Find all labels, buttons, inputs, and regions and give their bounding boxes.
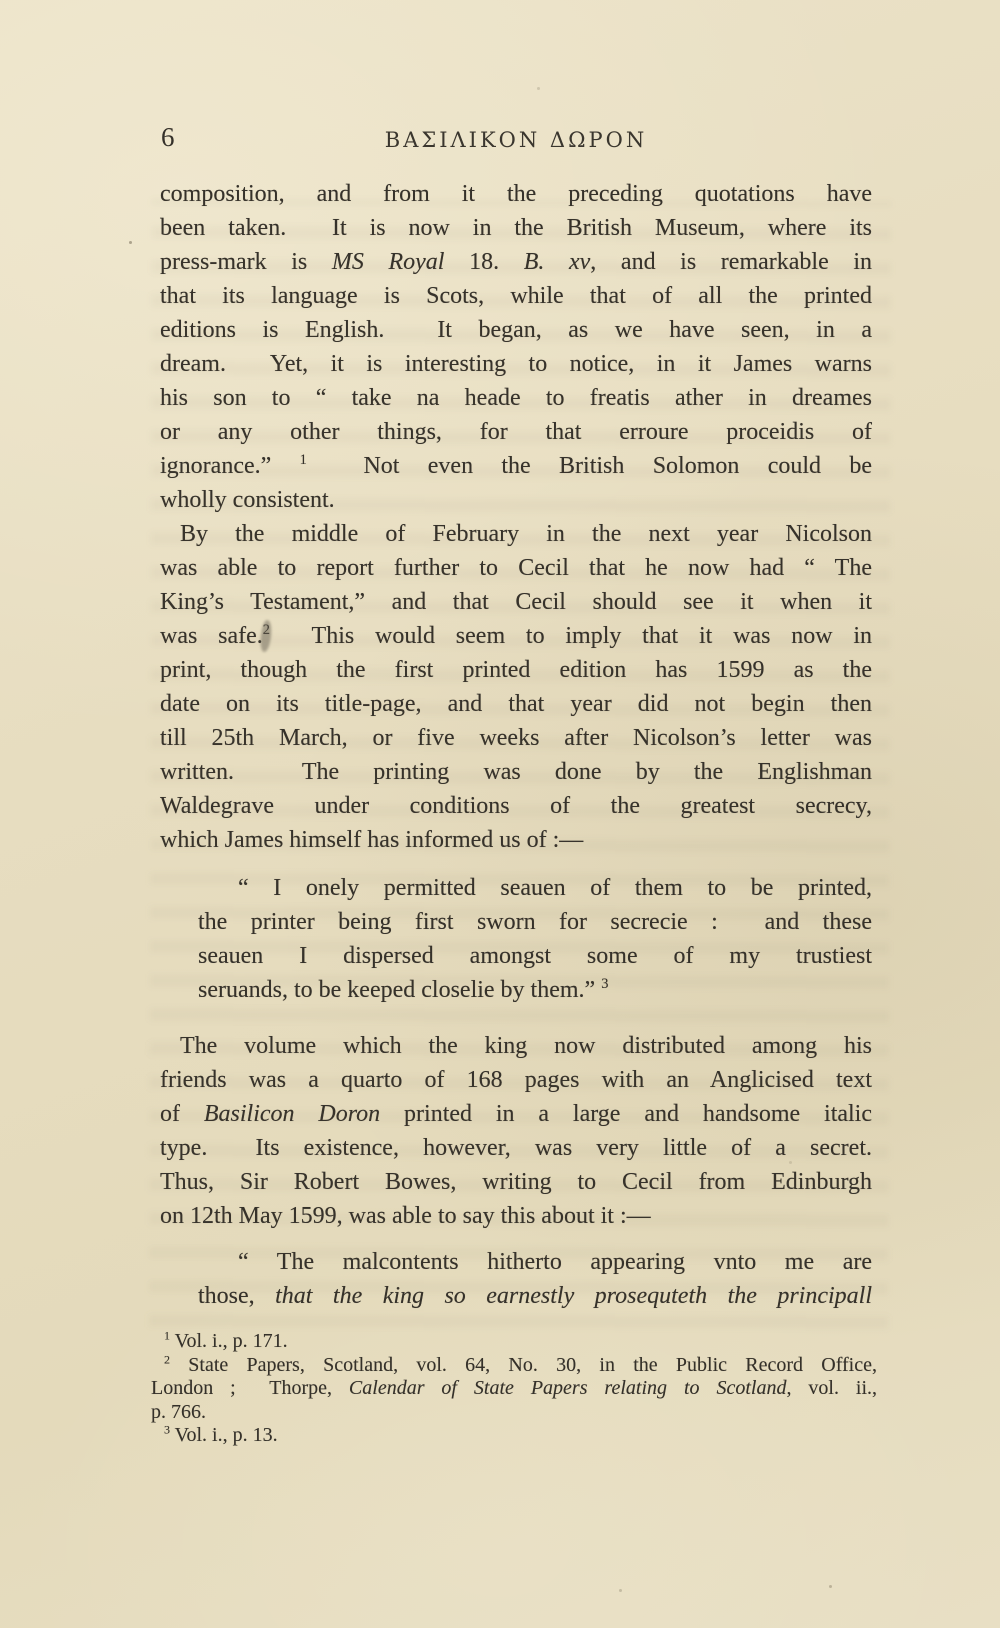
page-body: composition, and from it the preceding q… <box>160 177 872 1313</box>
text-line: or any other things, for that erroure pr… <box>160 415 872 449</box>
text-block: The volume which the king now distribute… <box>160 1029 872 1233</box>
text-block: 2 State Papers, Scotland, vol. 64, No. 3… <box>151 1354 877 1425</box>
text-line: seruands, to be keeped closelie by them.… <box>198 973 872 1007</box>
text-block: 1 Vol. i., p. 171. <box>151 1330 877 1354</box>
text-line: wholly consistent. <box>160 483 872 517</box>
text-line: friends was a quarto of 168 pages with a… <box>160 1063 872 1097</box>
text-line: of Basilicon Doron printed in a large an… <box>160 1097 872 1131</box>
text-line: p. 766. <box>151 1401 877 1425</box>
text-line: Waldegrave under conditions of the great… <box>160 789 872 823</box>
text-block: By the middle of February in the next ye… <box>160 517 872 857</box>
text-block: “ The malcontents hitherto appearing vnt… <box>198 1245 872 1313</box>
text-line: editions is English. It began, as we hav… <box>160 313 872 347</box>
text-line: 1 Vol. i., p. 171. <box>151 1330 877 1354</box>
text-line: which James himself has informed us of :… <box>160 823 872 857</box>
text-line: ignorance.” 1 Not even the British Solom… <box>160 449 872 483</box>
text-block: composition, and from it the preceding q… <box>160 177 872 517</box>
text-line: 2 State Papers, Scotland, vol. 64, No. 3… <box>151 1354 877 1378</box>
text-block: “ I onely permitted seauen of them to be… <box>198 871 872 1007</box>
paper-speck <box>129 241 132 244</box>
running-header: ΒΑΣΙΛΙΚΟΝ ΔΩΡΟΝ <box>160 128 872 152</box>
text-line: The volume which the king now distribute… <box>160 1029 872 1063</box>
text-line: King’s Testament,” and that Cecil should… <box>160 585 872 619</box>
text-line: written. The printing was done by the En… <box>160 755 872 789</box>
text-line: By the middle of February in the next ye… <box>160 517 872 551</box>
text-line: Thus, Sir Robert Bowes, writing to Cecil… <box>160 1165 872 1199</box>
text-line: that its language is Scots, while that o… <box>160 279 872 313</box>
text-line: those, that the king so earnestly proseq… <box>198 1279 872 1313</box>
text-line: his son to “ take na heade to freatis at… <box>160 381 872 415</box>
text-line: date on its title-page, and that year di… <box>160 687 872 721</box>
text-line: 3 Vol. i., p. 13. <box>151 1424 877 1448</box>
text-line: was able to report further to Cecil that… <box>160 551 872 585</box>
text-line: “ I onely permitted seauen of them to be… <box>198 871 872 905</box>
text-line: type. Its existence, however, was very l… <box>160 1131 872 1165</box>
text-line: dream. Yet, it is interesting to notice,… <box>160 347 872 381</box>
text-block: 3 Vol. i., p. 13. <box>151 1424 877 1448</box>
text-line: London ; Thorpe, Calendar of State Paper… <box>151 1377 877 1401</box>
text-line: the printer being first sworn for secrec… <box>198 905 872 939</box>
text-line: print, though the first printed edition … <box>160 653 872 687</box>
text-line: seauen I dispersed amongst some of my tr… <box>198 939 872 973</box>
text-line: press-mark is MS Royal 18. B. xv, and is… <box>160 245 872 279</box>
text-line: was safe.2 This would seem to imply that… <box>160 619 872 653</box>
text-line: till 25th March, or five weeks after Nic… <box>160 721 872 755</box>
book-page-scan: 6 ΒΑΣΙΛΙΚΟΝ ΔΩΡΟΝ composition, and from … <box>0 0 1000 1628</box>
text-line: composition, and from it the preceding q… <box>160 177 872 211</box>
footnotes: 1 Vol. i., p. 171.2 State Papers, Scotla… <box>151 1330 877 1448</box>
text-line: “ The malcontents hitherto appearing vnt… <box>198 1245 872 1279</box>
text-line: on 12th May 1599, was able to say this a… <box>160 1199 872 1233</box>
text-line: been taken. It is now in the British Mus… <box>160 211 872 245</box>
